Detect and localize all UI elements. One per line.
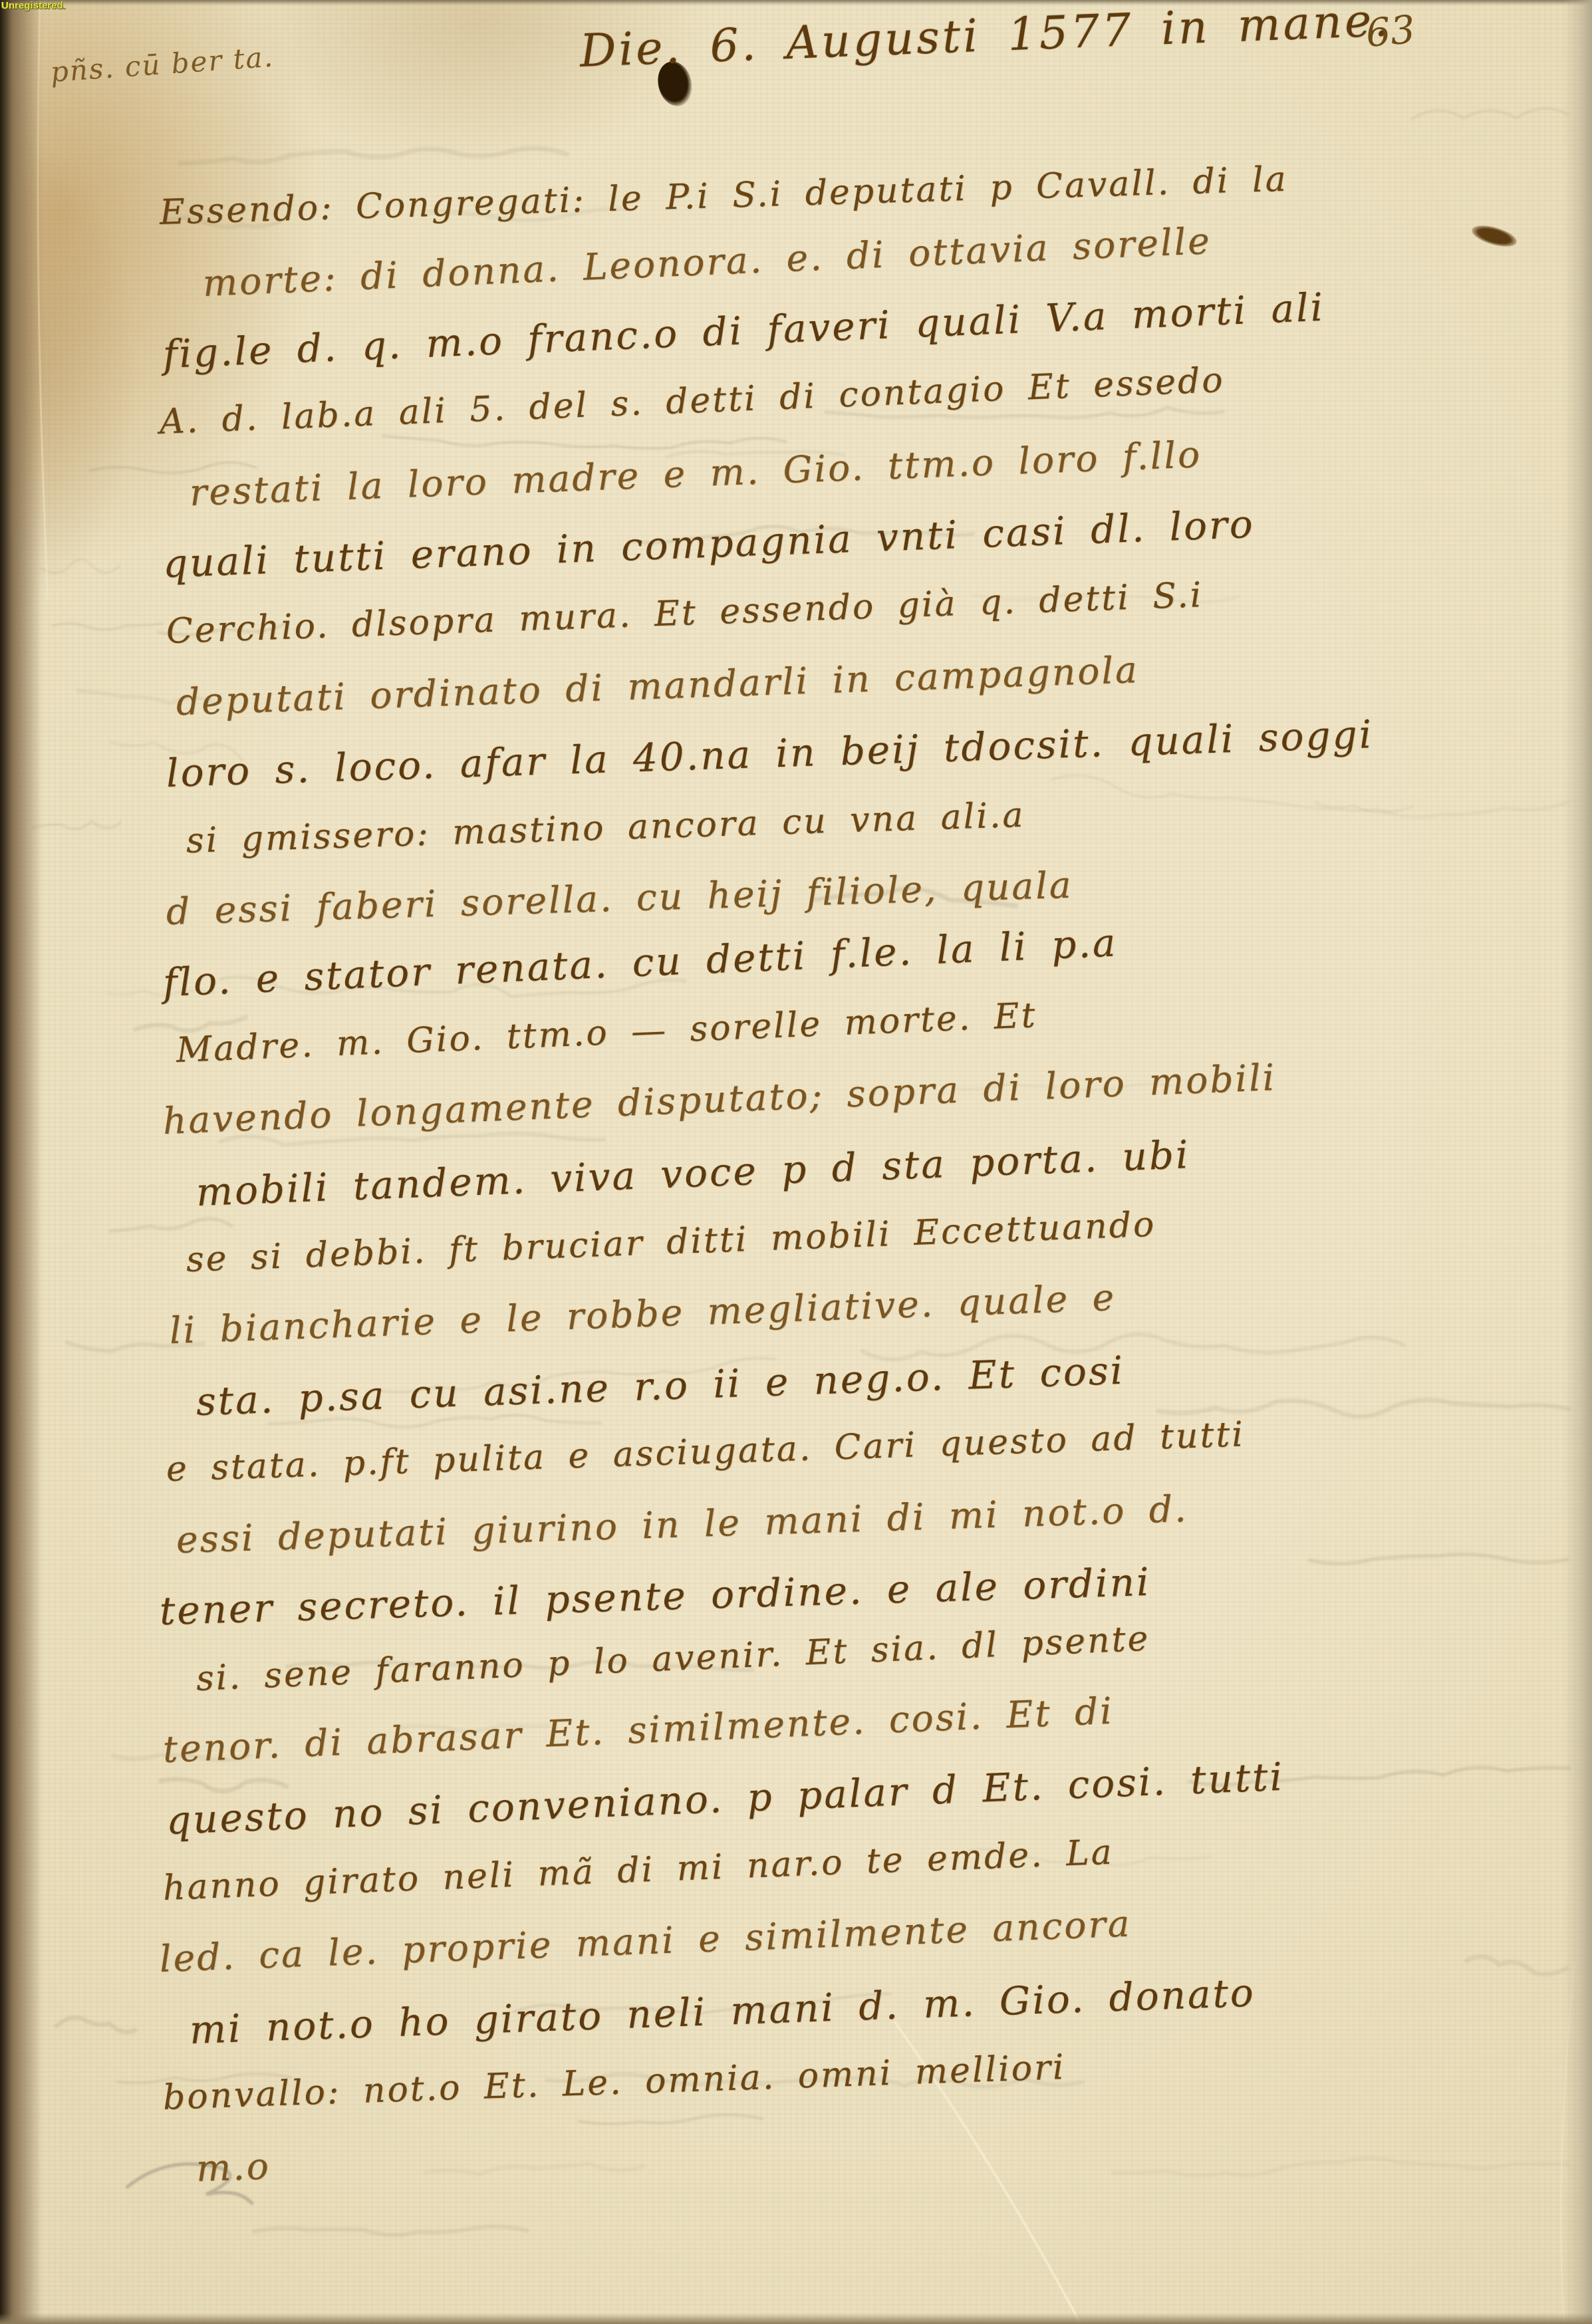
manuscript-line: m.o	[196, 2148, 271, 2187]
unregistered-watermark: Unregistered.	[1, 1, 66, 11]
page-edge-bottom	[0, 2313, 1592, 2324]
scanned-manuscript-screenshot: { "watermark": { "label": "Unregistered.…	[0, 0, 1592, 2324]
page-edge-right	[1563, 0, 1592, 2324]
page-number: 63	[1365, 10, 1417, 53]
page-edge-top	[0, 0, 1592, 5]
manuscript-page: Essendo: Congregati: le P.i S.i deputati…	[0, 0, 1592, 2324]
binding-edge	[0, 0, 43, 2324]
